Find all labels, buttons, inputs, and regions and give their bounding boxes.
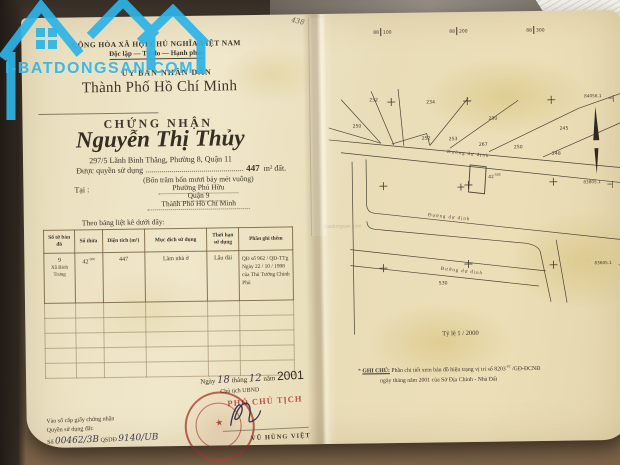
parcel-label: 230 [488,117,497,122]
parcel-label: 250 [353,124,362,129]
grid-label-top: 88100 [373,28,391,36]
parcel-label: 245 [560,127,569,132]
parcel-label: 248 [552,152,561,157]
parcel-label: 232 [369,98,378,103]
map-note: * GHI CHÚ: Phần chi tiết xem bản đồ hiện… [358,362,583,387]
parcel-label: 234 [426,100,435,105]
brand-watermark-text: I-BATDONGSAN.COM [5,60,235,78]
map-scale: Tỷ lệ 1 / 2000 [425,330,495,338]
grid-label-right: 84056.1 [584,93,601,98]
parcel-label: 253 [449,137,458,142]
grid-tick [456,27,457,35]
grid-tick [533,26,534,34]
parcel-label: 250 [514,145,523,150]
parcel-label: 530 [439,281,448,286]
grid-tick [380,28,381,36]
parcel-label: 252 [422,137,431,142]
note-label: GHI CHÚ: [362,368,390,374]
parcel-label: 267 [479,143,488,148]
grid-label-right: 83805.1 [583,179,600,184]
center-fold-shadow [302,14,338,444]
subject-parcel-label: 42-500 [488,173,501,181]
grid-label-top: 88300 [526,26,544,34]
grid-label-right: 83605.1 [594,260,611,265]
grid-label-top: 88200 [449,27,467,35]
photo-of-land-certificate: { "photo": { "page_mark": "438" }, "wate… [0,0,620,465]
